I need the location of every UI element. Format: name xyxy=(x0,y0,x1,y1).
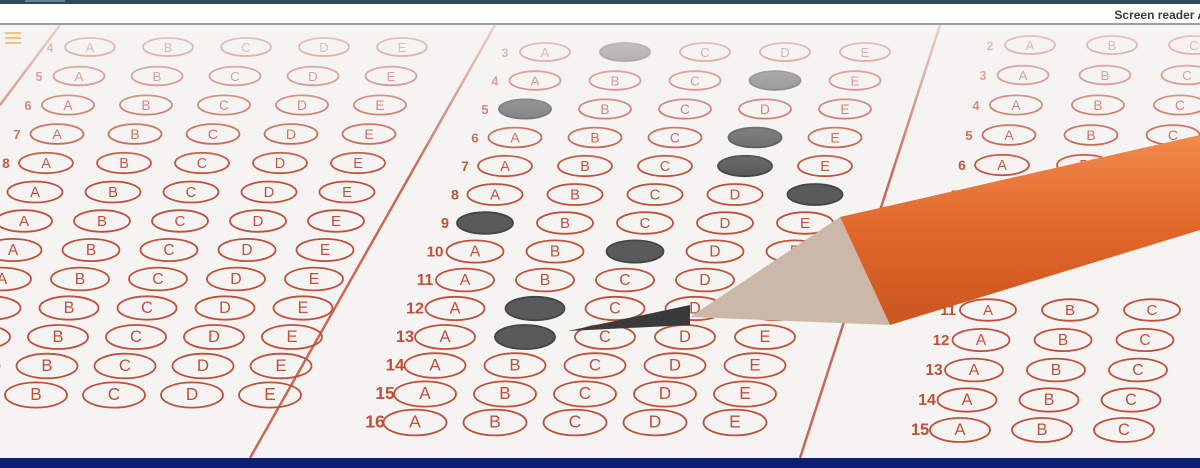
screen-reader-access-link[interactable]: Screen reader A xyxy=(1114,8,1200,22)
answer-sheet-illustration: 4ABCDE5ABCDE6ABCDE7ABCDE8ABCDE9ABCDE10AB… xyxy=(0,25,1200,458)
hero-banner-image: 4ABCDE5ABCDE6ABCDE7ABCDE8ABCDE9ABCDE10AB… xyxy=(0,25,1200,458)
hamburger-menu-icon[interactable] xyxy=(5,32,21,44)
accessibility-bar: Screen reader A xyxy=(0,4,1200,25)
footer-bar xyxy=(0,458,1200,468)
top-tab-stub xyxy=(25,0,65,2)
